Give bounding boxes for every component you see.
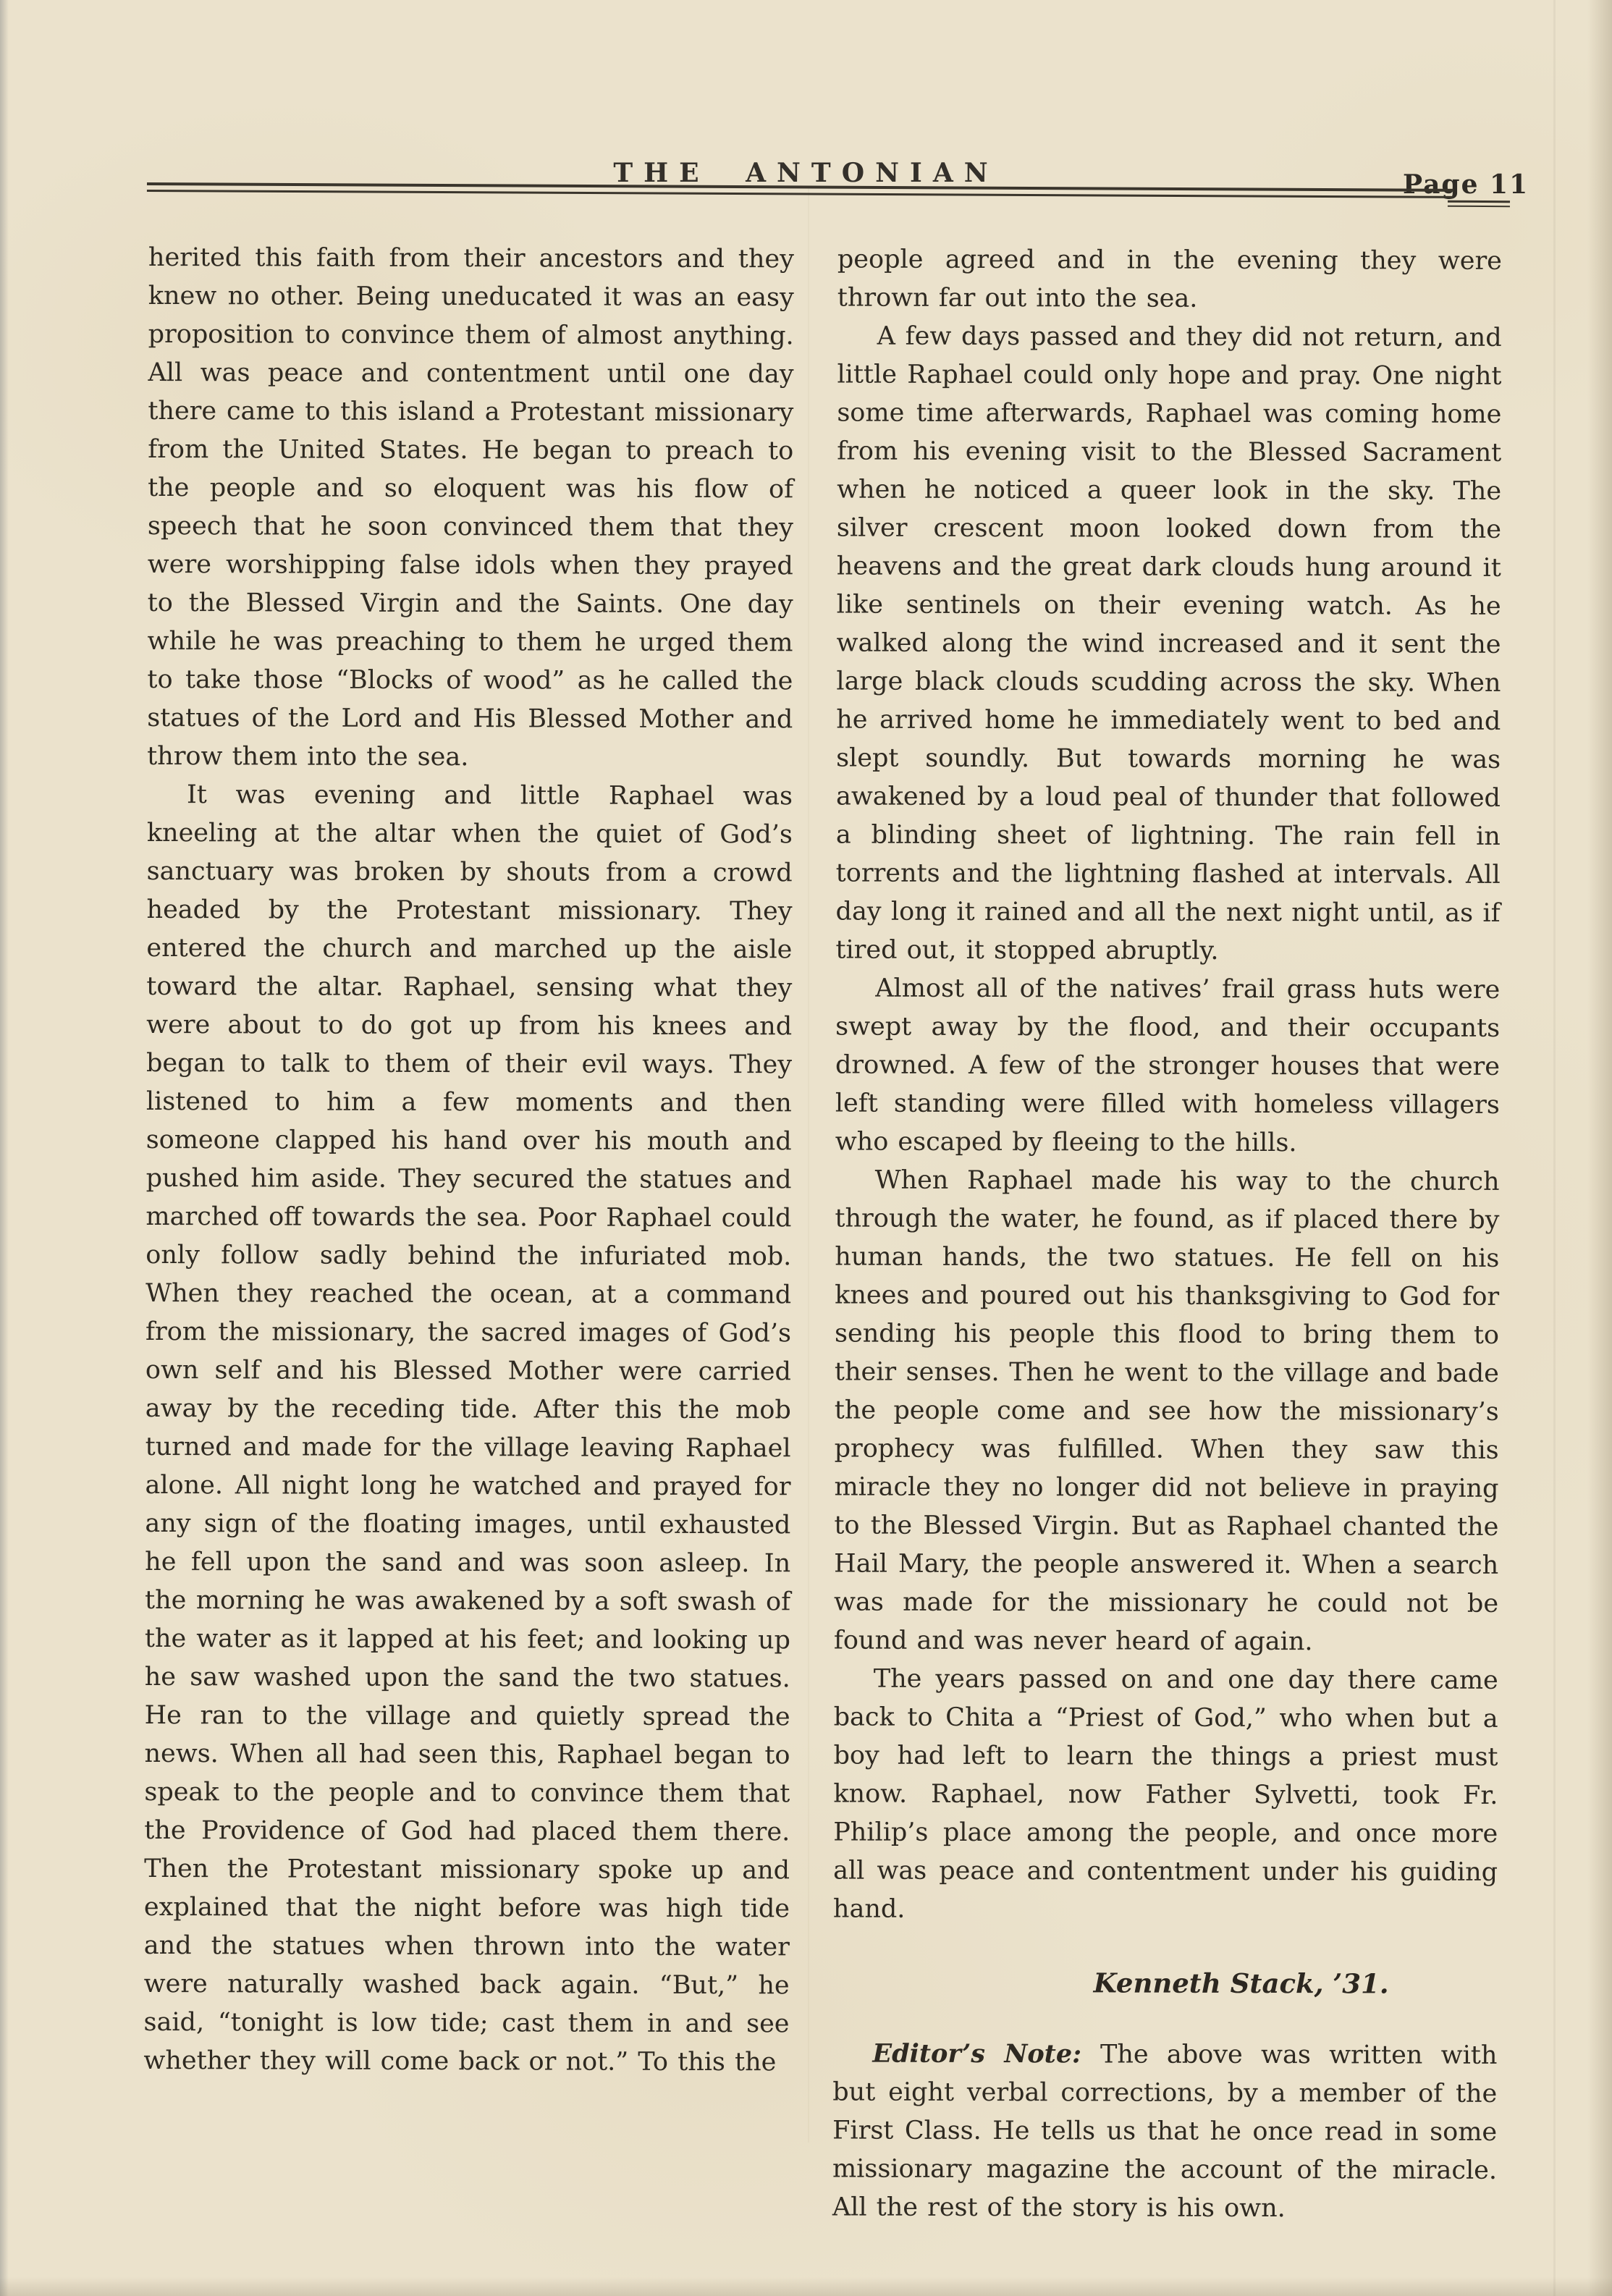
paper-left-edge-shadow [0,0,9,2296]
paragraph: A few days passed and they did not retur… [835,317,1501,971]
paragraph: Almost all of the natives’ frail grass h… [835,969,1501,1162]
paragraph: It was evening and little Raphael was kn… [143,776,793,2082]
header-rule-bottom-line [147,190,1453,198]
paper-bottom-edge-shadow [0,2277,1612,2296]
editors-note: Editor’s Note:The above was written with… [832,2034,1498,2228]
author-signature: Kenneth Stack, ’31. [833,1966,1389,1999]
paragraph: people agreed and in the evening they we… [837,240,1502,318]
right-column: people agreed and in the evening they we… [832,240,1502,2228]
paper-right-edge-shadow [1587,0,1612,2296]
scanned-magazine-page: THE ANTONIAN Page 11 herited this faith … [0,0,1612,2296]
paragraph: The years passed on and one day there ca… [833,1660,1498,1930]
paragraph: When Raphael made his way to the church … [834,1161,1500,1661]
left-column: herited this faith from their ancestors … [143,239,794,2227]
article-body: herited this faith from their ancestors … [143,239,1502,2229]
paragraph: herited this faith from their ancestors … [147,239,794,777]
header-rule-segment-bottom-line [1448,206,1510,208]
paper-crease [1553,0,1556,2296]
editors-note-label: Editor’s Note: [872,2039,1100,2069]
header-rule-right-segment [1448,201,1510,208]
header-rule-segment-top-line [1448,201,1510,203]
